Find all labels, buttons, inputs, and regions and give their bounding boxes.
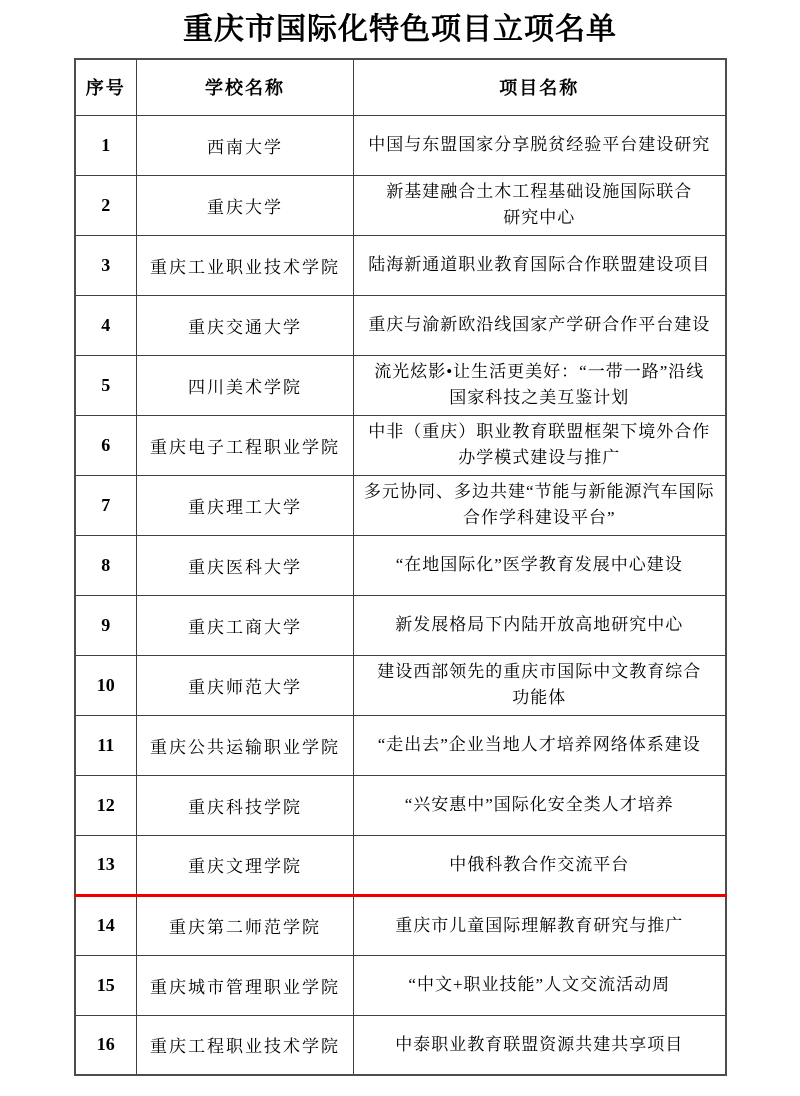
table-row: 2 重庆大学 新基建融合土木工程基础设施国际联合 研究中心 (75, 175, 726, 235)
table-row: 7 重庆理工大学 多元协同、多边共建“节能与新能源汽车国际 合作学科建设平台” (75, 475, 726, 535)
table-row: 1 西南大学 中国与东盟国家分享脱贫经验平台建设研究 (75, 115, 726, 175)
cell-no: 2 (75, 175, 137, 235)
cell-school: 重庆工商大学 (137, 595, 354, 655)
cell-no: 13 (75, 835, 137, 895)
cell-project: “在地国际化”医学教育发展中心建设 (354, 535, 726, 595)
cell-school: 重庆电子工程职业学院 (137, 415, 354, 475)
col-header-no: 序号 (75, 59, 137, 115)
cell-project: 中俄科教合作交流平台 (354, 835, 726, 895)
cell-no: 1 (75, 115, 137, 175)
cell-project: 多元协同、多边共建“节能与新能源汽车国际 合作学科建设平台” (354, 475, 726, 535)
col-header-school: 学校名称 (137, 59, 354, 115)
cell-school: 重庆文理学院 (137, 835, 354, 895)
cell-school: 重庆城市管理职业学院 (137, 955, 354, 1015)
cell-school: 重庆交通大学 (137, 295, 354, 355)
cell-no: 8 (75, 535, 137, 595)
page-title: 重庆市国际化特色项目立项名单 (0, 0, 800, 58)
col-header-project: 项目名称 (354, 59, 726, 115)
cell-project: “走出去”企业当地人才培养网络体系建设 (354, 715, 726, 775)
cell-school: 重庆医科大学 (137, 535, 354, 595)
cell-school: 四川美术学院 (137, 355, 354, 415)
cell-school: 重庆工程职业技术学院 (137, 1015, 354, 1075)
table-row: 11 重庆公共运输职业学院 “走出去”企业当地人才培养网络体系建设 (75, 715, 726, 775)
table-row-with-red-divider: 13 重庆文理学院 中俄科教合作交流平台 (75, 835, 726, 895)
table-row: 5 四川美术学院 流光炫影•让生活更美好：“一带一路”沿线 国家科技之美互鉴计划 (75, 355, 726, 415)
cell-project: 中泰职业教育联盟资源共建共享项目 (354, 1015, 726, 1075)
table-row: 12 重庆科技学院 “兴安惠中”国际化安全类人才培养 (75, 775, 726, 835)
cell-school: 重庆第二师范学院 (137, 895, 354, 955)
cell-school: 西南大学 (137, 115, 354, 175)
document-page: 重庆市国际化特色项目立项名单 序号 学校名称 项目名称 1 西南大学 中国与东盟… (0, 0, 800, 1096)
table-row: 15 重庆城市管理职业学院 “中文+职业技能”人文交流活动周 (75, 955, 726, 1015)
cell-no: 3 (75, 235, 137, 295)
cell-project: 流光炫影•让生活更美好：“一带一路”沿线 国家科技之美互鉴计划 (354, 355, 726, 415)
cell-no: 14 (75, 895, 137, 955)
cell-no: 12 (75, 775, 137, 835)
cell-school: 重庆大学 (137, 175, 354, 235)
table-row: 10 重庆师范大学 建设西部领先的重庆市国际中文教育综合 功能体 (75, 655, 726, 715)
cell-no: 5 (75, 355, 137, 415)
table-row: 14 重庆第二师范学院 重庆市儿童国际理解教育研究与推广 (75, 895, 726, 955)
cell-no: 16 (75, 1015, 137, 1075)
cell-no: 15 (75, 955, 137, 1015)
cell-project: 新发展格局下内陆开放高地研究中心 (354, 595, 726, 655)
table-row: 4 重庆交通大学 重庆与渝新欧沿线国家产学研合作平台建设 (75, 295, 726, 355)
cell-project: “中文+职业技能”人文交流活动周 (354, 955, 726, 1015)
cell-project: 建设西部领先的重庆市国际中文教育综合 功能体 (354, 655, 726, 715)
cell-no: 10 (75, 655, 137, 715)
cell-school: 重庆工业职业技术学院 (137, 235, 354, 295)
table-row: 6 重庆电子工程职业学院 中非（重庆）职业教育联盟框架下境外合作 办学模式建设与… (75, 415, 726, 475)
cell-project: 新基建融合土木工程基础设施国际联合 研究中心 (354, 175, 726, 235)
cell-school: 重庆师范大学 (137, 655, 354, 715)
cell-project: 重庆与渝新欧沿线国家产学研合作平台建设 (354, 295, 726, 355)
table-row: 16 重庆工程职业技术学院 中泰职业教育联盟资源共建共享项目 (75, 1015, 726, 1075)
cell-school: 重庆科技学院 (137, 775, 354, 835)
table-row: 9 重庆工商大学 新发展格局下内陆开放高地研究中心 (75, 595, 726, 655)
cell-no: 9 (75, 595, 137, 655)
cell-no: 11 (75, 715, 137, 775)
cell-project: 重庆市儿童国际理解教育研究与推广 (354, 895, 726, 955)
cell-school: 重庆理工大学 (137, 475, 354, 535)
cell-no: 7 (75, 475, 137, 535)
cell-no: 6 (75, 415, 137, 475)
cell-project: “兴安惠中”国际化安全类人才培养 (354, 775, 726, 835)
cell-project: 中国与东盟国家分享脱贫经验平台建设研究 (354, 115, 726, 175)
table-row: 8 重庆医科大学 “在地国际化”医学教育发展中心建设 (75, 535, 726, 595)
cell-school: 重庆公共运输职业学院 (137, 715, 354, 775)
header-row: 序号 学校名称 项目名称 (75, 59, 726, 115)
cell-project: 中非（重庆）职业教育联盟框架下境外合作 办学模式建设与推广 (354, 415, 726, 475)
cell-project: 陆海新通道职业教育国际合作联盟建设项目 (354, 235, 726, 295)
table-row: 3 重庆工业职业技术学院 陆海新通道职业教育国际合作联盟建设项目 (75, 235, 726, 295)
cell-no: 4 (75, 295, 137, 355)
projects-table: 序号 学校名称 项目名称 1 西南大学 中国与东盟国家分享脱贫经验平台建设研究 … (74, 58, 727, 1076)
